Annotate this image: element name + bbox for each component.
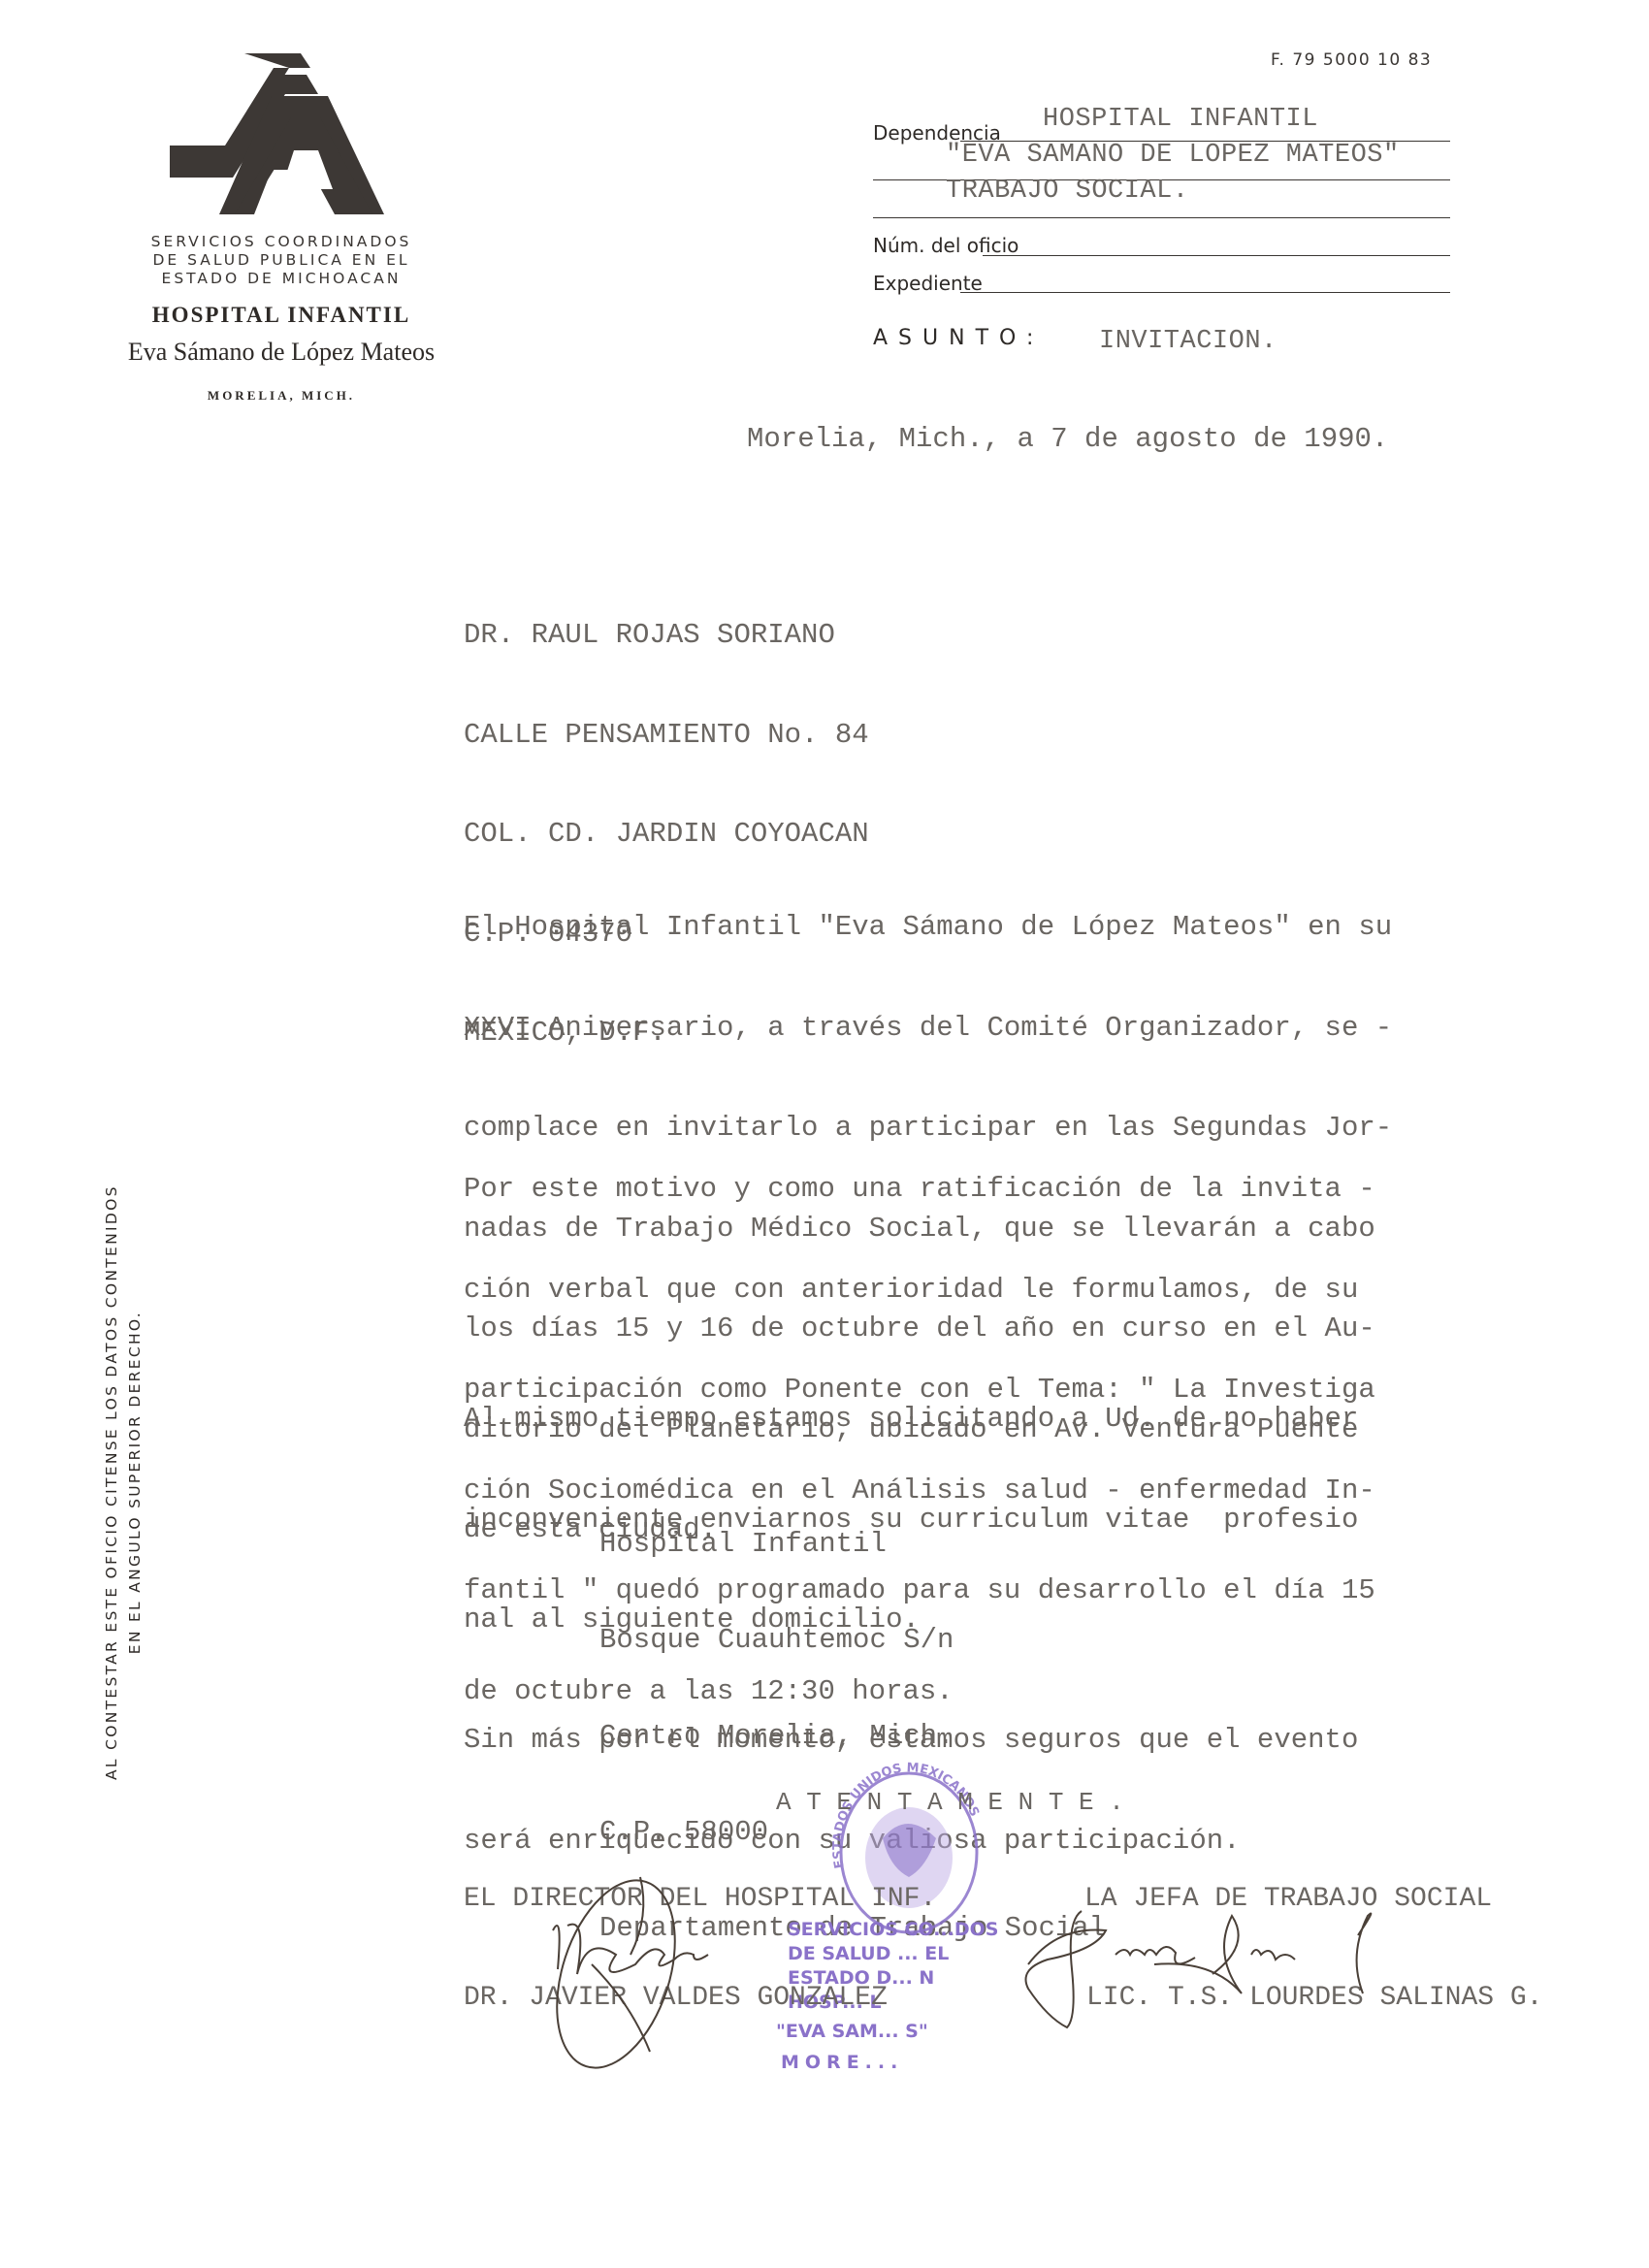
dependencia-value-line2: "EVA SAMANO DE LOPEZ MATEOS" (946, 141, 1400, 170)
asunto-label: ASUNTO: (873, 326, 1044, 350)
reply-instructions: AL CONTESTAR ESTE OFICIO CITENSE LOS DAT… (100, 1184, 146, 1780)
paragraph-line: Al mismo tiempo estamos solicitando a Ud… (464, 1403, 1358, 1437)
recipient-name: DR. RAUL ROJAS SORIANO (464, 619, 869, 653)
letterhead-hospital-name: Eva Sámano de López Mateos (87, 338, 475, 367)
stamp-line: SERVICIOS CO...DOS (788, 1919, 998, 1940)
num-oficio-label: Núm. del oficio (873, 234, 1018, 257)
address-line: Hospital Infantil (599, 1528, 1106, 1560)
agency-line: DE SALUD PUBLICA EN EL (107, 251, 456, 270)
recipient-street: CALLE PENSAMIENTO No. 84 (464, 719, 869, 753)
expediente-field (960, 292, 1450, 293)
agency-line: SERVICIOS COORDINADOS (107, 233, 456, 251)
dependencia-value-line3: TRABAJO SOCIAL. (946, 177, 1189, 206)
address-line: Bosque Cuauhtemoc S/n (599, 1624, 1106, 1656)
date-line: Morelia, Mich., a 7 de agosto de 1990. (747, 423, 1388, 457)
agency-line: ESTADO DE MICHOACAN (107, 270, 456, 288)
director-signature-icon (524, 1848, 815, 2071)
paragraph-line: ción verbal que con anterioridad le form… (464, 1274, 1375, 1308)
paragraph-line: Sin más por el momento, estamos seguros … (464, 1724, 1358, 1758)
reply-instructions-line: EN EL ANGULO SUPERIOR DERECHO. (123, 1184, 146, 1780)
asunto-value: INVITACION. (1099, 327, 1277, 356)
form-code: F. 79 5000 10 83 (1271, 50, 1432, 70)
paragraph-line: XXVI Aniversario, a través del Comité Or… (464, 1012, 1392, 1046)
paragraph-line: El Hospital Infantil "Eva Sámano de Lópe… (464, 911, 1392, 945)
letterhead-city: MORELIA, MICH. (145, 388, 417, 404)
letterhead-hospital: HOSPITAL INFANTIL (97, 303, 466, 328)
form-rule (873, 217, 1450, 218)
paragraph-line: Por este motivo y como una ratificación … (464, 1173, 1375, 1207)
reply-instructions-line: AL CONTESTAR ESTE OFICIO CITENSE LOS DAT… (100, 1184, 123, 1780)
dependencia-value-line1: HOSPITAL INFANTIL (1043, 105, 1318, 134)
ssa-logo-icon (165, 53, 388, 218)
social-work-head-signature-icon (1009, 1896, 1416, 2032)
num-oficio-field (983, 255, 1450, 256)
salutation: A T E N T A M E N T E . (776, 1788, 1124, 1817)
